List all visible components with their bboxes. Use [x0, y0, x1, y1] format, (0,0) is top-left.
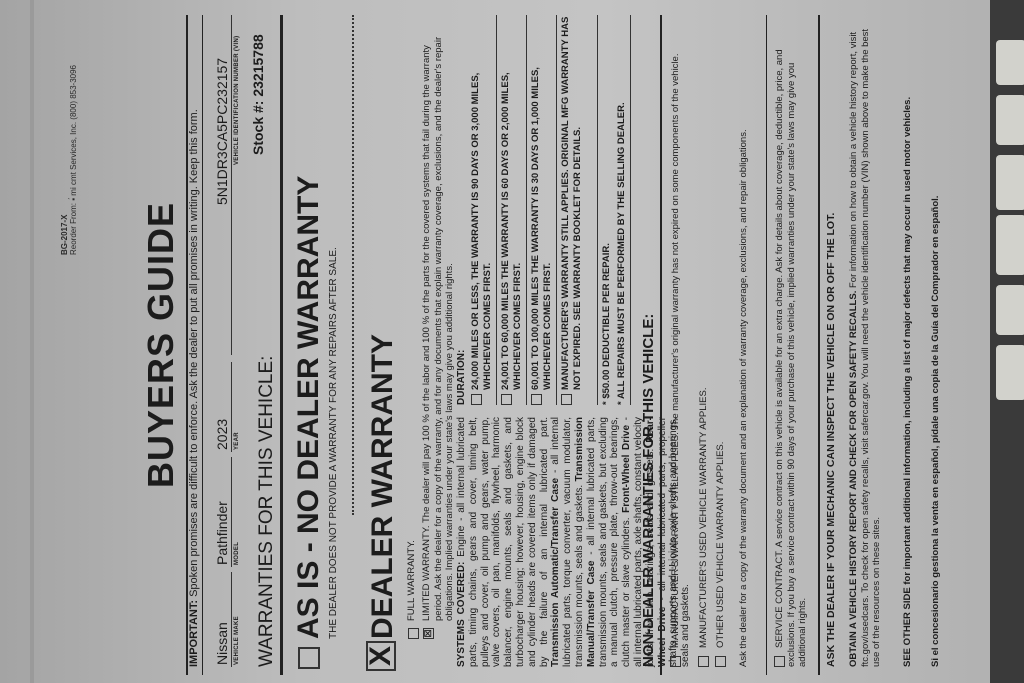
full-warranty-label: FULL WARRANTY.	[406, 540, 418, 621]
form-header-small: BG-2017-X Reorder From: ▪́ mi cmt Servic…	[60, 65, 78, 255]
sheet-edge	[30, 0, 34, 683]
keyboard-key	[996, 95, 1024, 145]
divider	[556, 15, 557, 405]
systems-covered-label: SYSTEMS COVERED:	[456, 562, 467, 667]
field-underline	[231, 572, 232, 667]
divider	[202, 15, 203, 675]
duration-column: DURATION: 24,000 MILES OR LESS, THE WARR…	[456, 15, 634, 405]
limited-warranty-text: LIMITED WARRANTY. The dealer will pay 10…	[421, 31, 456, 621]
as-is-subtitle: THE DEALER DOES NOT PROVIDE A WARRANTY F…	[328, 247, 339, 639]
non-dealer-heading: NON-DEALER WARRANTIES FOR THIS VEHICLE:	[640, 314, 657, 667]
duration-text: MANUFACTURER'S WARRANTY STILL APPLIES. O…	[560, 15, 583, 390]
non-dealer-option[interactable]: MANUFACTURER'S USED VEHICLE WARRANTY APP…	[698, 27, 710, 667]
non-dealer-text: OTHER USED VEHICLE WARRANTY APPLIES.	[715, 442, 726, 648]
stock-value: 23215788	[250, 34, 266, 96]
divider	[766, 15, 767, 675]
duration-option[interactable]: 24,000 MILES OR LESS, THE WARRANTY IS 90…	[470, 15, 493, 405]
vehicle-make-label: VEHICLE MAKE	[234, 616, 240, 665]
warranties-heading: WARRANTIES FOR THIS VEHICLE:	[256, 356, 278, 667]
duration-label: DURATION:	[456, 15, 467, 405]
important-text: Spoken promises are difficult to enforce…	[188, 109, 200, 597]
duration-option[interactable]: 24,001 TO 60,000 MILES THE WARRANTY IS 6…	[500, 15, 523, 405]
non-dealer-option[interactable]: MANUFACTURER'S WARRANTY STILL APPLIES. T…	[670, 27, 682, 667]
service-contract-option[interactable]: SERVICE CONTRACT. A service contract on …	[774, 27, 809, 667]
keyboard-key	[996, 40, 1024, 85]
service-contract-checkbox[interactable]	[774, 656, 785, 667]
vehicle-year-value[interactable]: 2023	[214, 419, 230, 450]
as-is-checkbox[interactable]	[298, 647, 320, 669]
non-dealer-checkbox[interactable]	[698, 656, 709, 667]
non-dealer-checkbox[interactable]	[670, 656, 681, 667]
form-id: BG-2017-X	[60, 65, 69, 255]
selling-dealer-note: * ALL REPAIRS MUST BE PERFORMED BY THE S…	[616, 15, 628, 405]
field-underline	[231, 15, 232, 355]
keyboard-key	[996, 215, 1024, 275]
divider	[526, 15, 527, 405]
vehicle-model-value[interactable]: Pathfinder	[214, 501, 230, 565]
field-underline	[231, 362, 232, 452]
deductible-note: * $50.00 DEDUCTIBLE PER REPAIR.	[601, 15, 613, 405]
transmission-label: Transmission Automatic/Transfer Case	[550, 478, 561, 667]
field-underline	[231, 457, 232, 567]
divider	[660, 15, 662, 675]
divider	[630, 15, 631, 405]
dotted-divider	[352, 15, 354, 515]
duration-text: 24,001 TO 60,000 MILES THE WARRANTY IS 6…	[500, 15, 523, 390]
non-dealer-option[interactable]: OTHER USED VEHICLE WARRANTY APPLIES.	[715, 27, 727, 667]
keyboard-key	[996, 155, 1024, 210]
page-title: BUYERS GUIDE	[140, 15, 182, 675]
keyboard-key	[996, 345, 1024, 400]
see-other-text: for important additional information, in…	[902, 97, 913, 585]
keyboard-key	[996, 285, 1024, 335]
divider	[597, 15, 598, 405]
duration-checkbox[interactable]	[561, 394, 572, 405]
non-dealer-text: MANUFACTURER'S USED VEHICLE WARRANTY APP…	[698, 388, 709, 648]
vin-label: VEHICLE IDENTIFICATION NUMBER (VIN)	[234, 36, 240, 165]
divider	[280, 15, 283, 675]
buyers-guide-page: BG-2017-X Reorder From: ▪́ mi cmt Servic…	[110, 15, 990, 675]
see-other-side: SEE OTHER SIDE for important additional …	[902, 27, 914, 667]
duration-text: 60,001 TO 100,000 MILES THE WARRANTY IS …	[530, 15, 553, 390]
systems-covered-text: Engine - all internal lubricated parts, …	[456, 417, 550, 667]
non-dealer-checkbox[interactable]	[715, 656, 726, 667]
divider	[818, 15, 820, 675]
mechanic-inspection-text: ASK THE DEALER IF YOUR MECHANIC CAN INSP…	[826, 27, 838, 667]
divider	[496, 15, 497, 405]
important-notice: IMPORTANT: Spoken promises are difficult…	[188, 109, 200, 667]
dealer-warranty-title: DEALER WARRANTY	[366, 334, 400, 639]
vehicle-model-label: MODEL	[234, 542, 240, 565]
vehicle-year-label: YEAR	[234, 432, 240, 450]
duration-checkbox[interactable]	[531, 394, 542, 405]
reorder-line: Reorder From: ▪́ mi cmt Services, Inc. (…	[69, 65, 78, 255]
dealer-warranty-checkbox[interactable]: X	[366, 641, 396, 671]
see-other-label: SEE OTHER SIDE	[902, 587, 913, 667]
stock-number: Stock #: 23215788	[250, 34, 266, 155]
duration-option[interactable]: 60,001 TO 100,000 MILES THE WARRANTY IS …	[530, 15, 553, 405]
spanish-note: Si el concesionario gestiona la venta en…	[930, 27, 942, 667]
vin-value[interactable]: 5N1DR3CA5PC232157	[214, 58, 230, 205]
service-contract-text: SERVICE CONTRACT. A service contract on …	[774, 49, 808, 667]
as-is-title: AS IS - NO DEALER WARRANTY	[292, 176, 326, 639]
important-label: IMPORTANT:	[188, 600, 200, 667]
history-label: OBTAIN A VEHICLE HISTORY REPORT AND CHEC…	[848, 291, 859, 667]
full-warranty-checkbox[interactable]	[408, 628, 419, 639]
duration-checkbox[interactable]	[471, 394, 482, 405]
non-dealer-text: MANUFACTURER'S WARRANTY STILL APPLIES. T…	[670, 54, 681, 648]
ask-dealer-text: Ask the dealer for a copy of the warrant…	[738, 27, 750, 667]
duration-checkbox[interactable]	[501, 394, 512, 405]
vehicle-make-value[interactable]: Nissan	[214, 622, 230, 665]
duration-text: 24,000 MILES OR LESS, THE WARRANTY IS 90…	[470, 15, 493, 390]
history-report: OBTAIN A VEHICLE HISTORY REPORT AND CHEC…	[848, 27, 883, 667]
fwd-label: Front-Wheel Drive	[621, 425, 632, 513]
duration-option[interactable]: MANUFACTURER'S WARRANTY STILL APPLIES. O…	[560, 15, 583, 405]
stock-label: Stock #:	[250, 101, 266, 155]
limited-warranty-checkbox[interactable]: ☒	[423, 628, 434, 639]
